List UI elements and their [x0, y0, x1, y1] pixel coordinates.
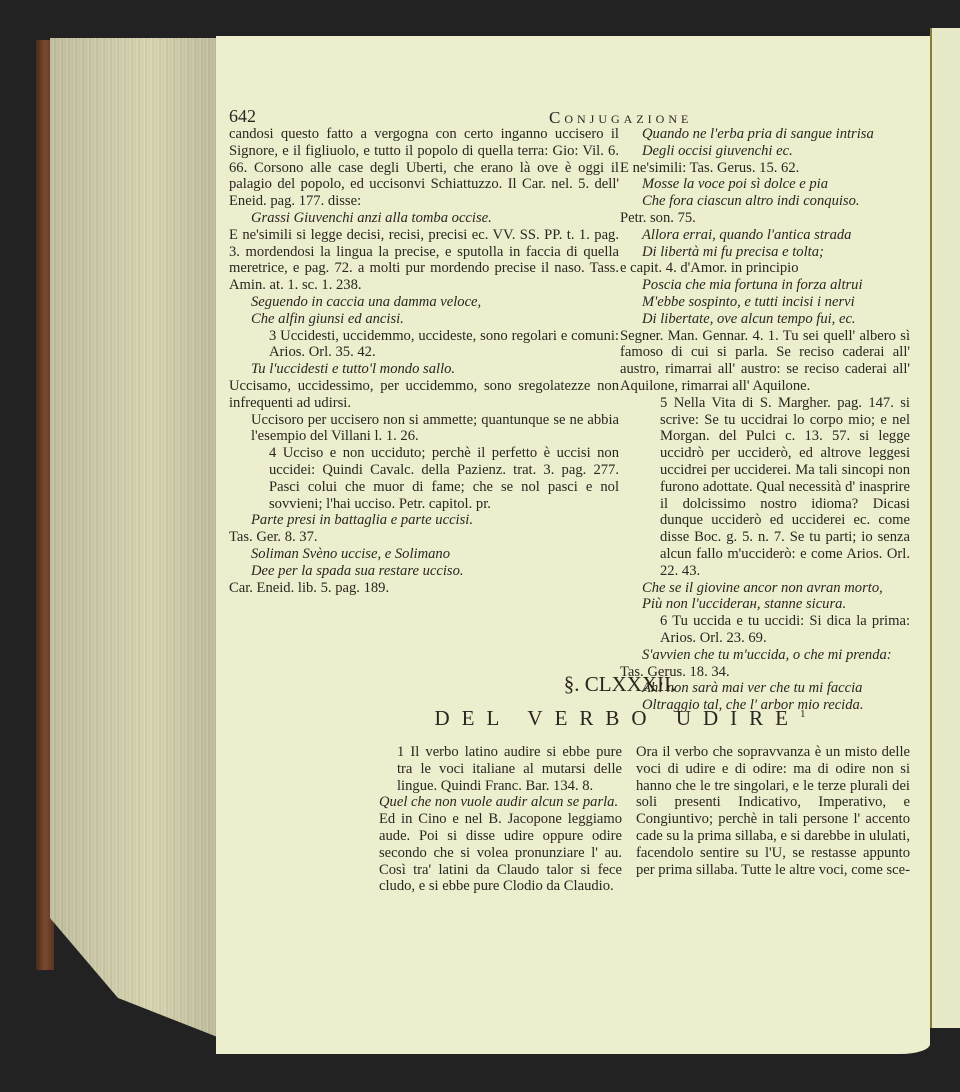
- left-column: candosi questo fatto a vergogna con cert…: [229, 126, 619, 596]
- paragraph: Car. Eneid. lib. 5. pag. 189.: [229, 580, 619, 597]
- verse-line: Degli occisi giuvenchi ec.: [620, 143, 910, 160]
- paragraph: Segner. Man. Gennar. 4. 1. Tu sei quell'…: [620, 328, 910, 395]
- section-title-text: DEL VERBO UDIRE: [435, 706, 801, 730]
- paragraph: 4 Ucciso e non ucciduto; perchè il perfe…: [229, 445, 619, 512]
- section-title: DEL VERBO UDIRE1: [420, 706, 820, 731]
- verse-line: M'ebbe sospinto, e tutti incisi i nervi: [620, 294, 910, 311]
- paragraph: 1 Il verbo latino audire si ebbe pure tr…: [357, 744, 622, 794]
- verse-line: Che fora ciascun altro indi conquiso.: [620, 193, 910, 210]
- paragraph: Petr. son. 75.: [620, 210, 910, 227]
- verse-line: S'avvien che tu m'uccida, o che mi prend…: [620, 647, 910, 664]
- paragraph: Uccisoro per uccisero non si ammette; qu…: [229, 412, 619, 446]
- verse-line: Più non l'ucciderан, stanne sicura.: [620, 596, 910, 613]
- paragraph: e capit. 4. d'Amor. in principio: [620, 260, 910, 277]
- verse-line: Di libertà mi fu precisa e tolta;: [620, 244, 910, 261]
- right-column: Quando ne l'erba pria di sangue intrisaD…: [620, 126, 910, 714]
- paragraph: E ne'simili si legge decisi, recisi, pre…: [229, 227, 619, 294]
- paragraph: Uccisamo, uccidessimo, per uccidemmo, so…: [229, 378, 619, 412]
- verse-line: Poscia che mia fortuna in forza altrui: [620, 277, 910, 294]
- verse-line: Dee per la spada sua restare ucciso.: [229, 563, 619, 580]
- paragraph: E ne'simili: Tas. Gerus. 15. 62.: [620, 160, 910, 177]
- verse-line: Grassi Giuvenchi anzi alla tomba occise.: [229, 210, 619, 227]
- verse-line: Parte presi in battaglia e parte uccisi.: [229, 512, 619, 529]
- section-right-column: Ora il verbo che sopravvanza è un misto …: [636, 744, 910, 878]
- paragraph: Tas. Ger. 8. 37.: [229, 529, 619, 546]
- paragraph: candosi questo fatto a vergogna con cert…: [229, 126, 619, 210]
- paragraph: 5 Nella Vita di S. Margher. pag. 147. si…: [620, 395, 910, 580]
- verse-line: Quando ne l'erba pria di sangue intrisa: [620, 126, 910, 143]
- paragraph: 3 Uccidesti, uccidemmo, uccideste, sono …: [229, 328, 619, 362]
- page-number: 642: [229, 106, 256, 127]
- verse-line: Tu l'uccidesti e tutto'l mondo sallo.: [229, 361, 619, 378]
- verse-line: Seguendo in caccia una damma veloce,: [229, 294, 619, 311]
- verse-line: Soliman Svèno uccise, e Solimano: [229, 546, 619, 563]
- verse-line: Mosse la voce poi sì dolce e pia: [620, 176, 910, 193]
- verse-line: Quel che non vuole audir alcun se parla.: [357, 794, 622, 811]
- paragraph: Ed in Cino e nel B. Jacopone leggiamo au…: [357, 811, 622, 895]
- section-left-column: 1 Il verbo latino audire si ebbe pure tr…: [357, 744, 622, 895]
- verse-line: Che alfin giunsi ed ancisi.: [229, 311, 619, 328]
- verse-line: Allora errai, quando l'antica strada: [620, 227, 910, 244]
- running-title: Conjugazione: [549, 108, 692, 128]
- page-edges: [50, 38, 220, 1038]
- paragraph: 6 Tu uccida e tu uccidi: Si dica la prim…: [620, 613, 910, 647]
- next-page-edge: [930, 28, 960, 1028]
- verse-line: Di libertate, ove alcun tempo fui, ec.: [620, 311, 910, 328]
- page-header: 642 Conjugazione: [229, 106, 929, 126]
- paragraph: Ora il verbo che sopravvanza è un misto …: [636, 744, 910, 878]
- verse-line: Che se il giovine ancor non avran morto,: [620, 580, 910, 597]
- footnote-mark: 1: [800, 708, 806, 720]
- section-number: §. CLXXXII.: [420, 672, 820, 697]
